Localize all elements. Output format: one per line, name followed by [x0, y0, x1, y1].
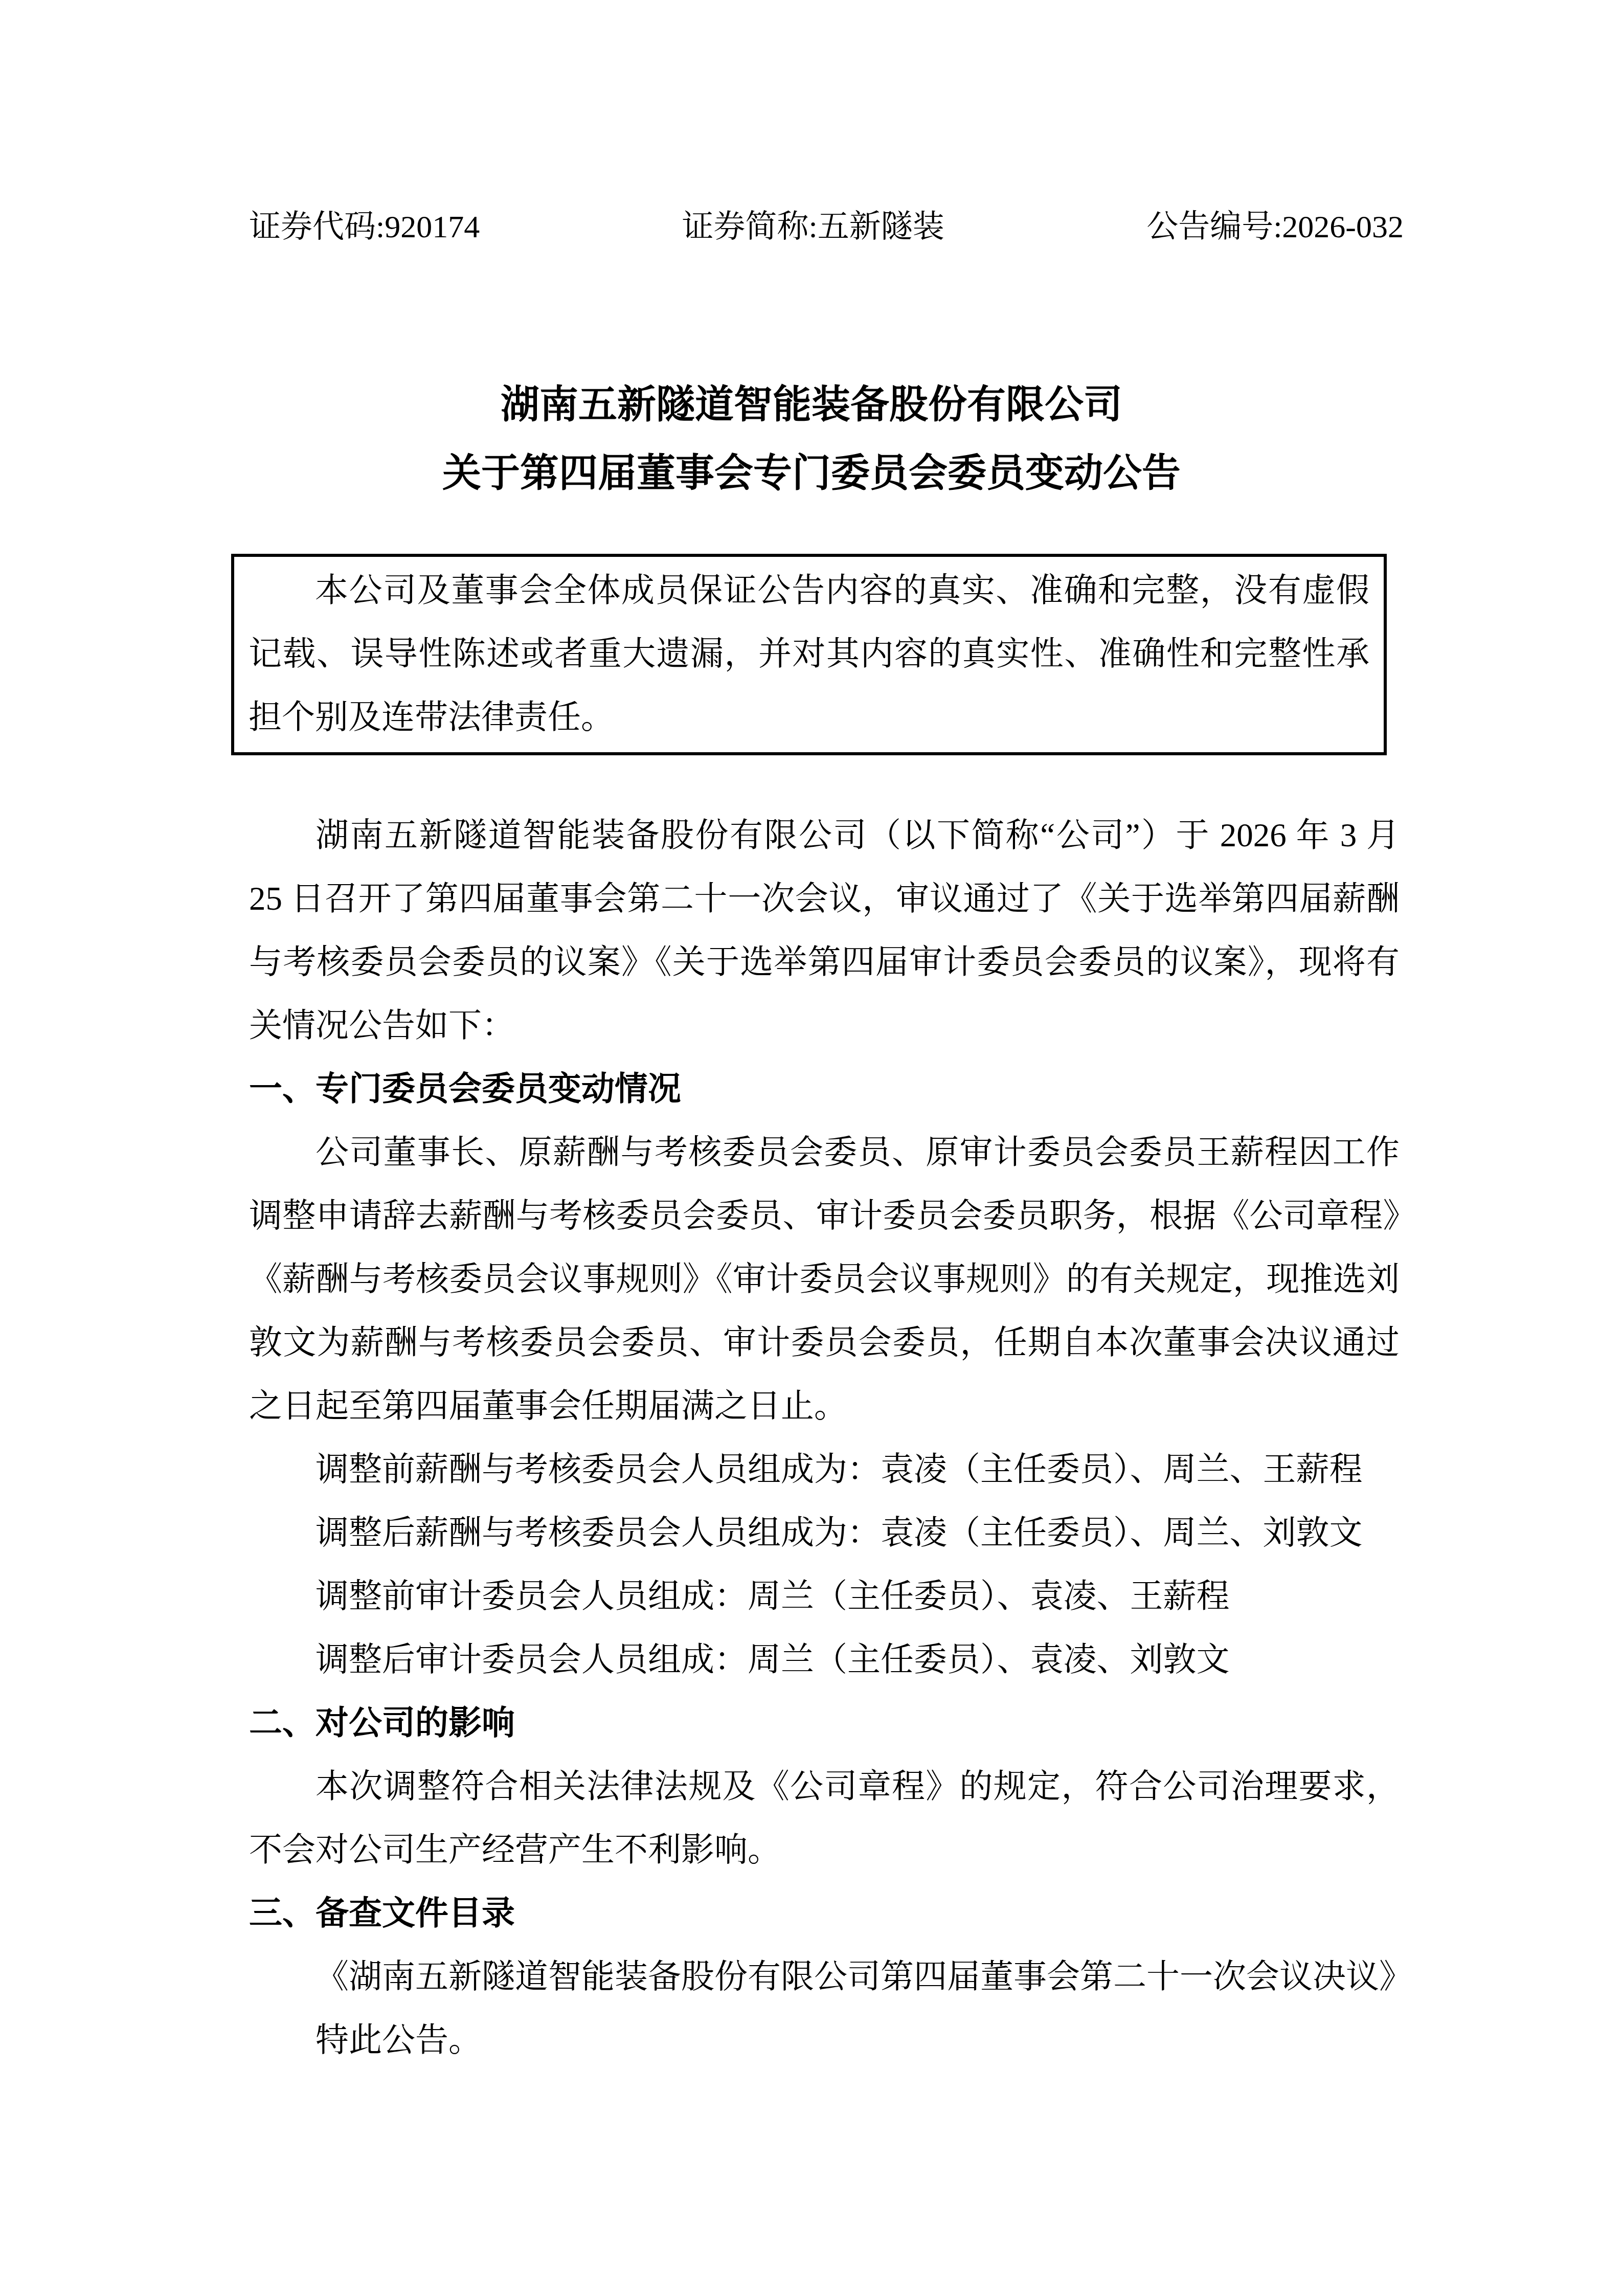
disclaimer-text: 本公司及董事会全体成员保证公告内容的真实、准确和完整，没有虚假记载、误导性陈述或… — [249, 559, 1369, 749]
section-2-heading: 二、对公司的影响 — [249, 1692, 1400, 1755]
company-name-title: 湖南五新隧道智能装备股份有限公司 — [0, 379, 1623, 431]
remuneration-committee-after-line: 调整后薪酬与考核委员会人员组成为：袁凌（主任委员）、周兰、刘敦文 — [249, 1501, 1400, 1565]
announcement-number: 公告编号:2026-032 — [1146, 209, 1404, 245]
document-header: 证券代码:920174 证券简称:五新隧装 公告编号:2026-032 — [249, 209, 1404, 245]
section-3-heading: 三、备查文件目录 — [249, 1882, 1400, 1945]
section-2-paragraph: 本次调整符合相关法律法规及《公司章程》的规定，符合公司治理要求，不会对公司生产经… — [249, 1755, 1400, 1882]
section-1-heading: 一、专门委员会委员变动情况 — [249, 1057, 1400, 1121]
announcement-title: 关于第四届董事会专门委员会委员变动公告 — [0, 448, 1623, 499]
stock-code: 证券代码:920174 — [249, 209, 480, 245]
closing-line: 特此公告。 — [249, 2009, 1400, 2072]
reference-document-line: 《湖南五新隧道智能装备股份有限公司第四届董事会第二十一次会议决议》 — [249, 1945, 1400, 2009]
announcement-body: 湖南五新隧道智能装备股份有限公司（以下简称“公司”）于 2026 年 3 月 2… — [249, 804, 1400, 2072]
intro-paragraph: 湖南五新隧道智能装备股份有限公司（以下简称“公司”）于 2026 年 3 月 2… — [249, 804, 1400, 1057]
audit-committee-before-line: 调整前审计委员会人员组成：周兰（主任委员）、袁凌、王薪程 — [249, 1565, 1400, 1628]
announcement-page: 证券代码:920174 证券简称:五新隧装 公告编号:2026-032 湖南五新… — [0, 0, 1623, 2296]
disclaimer-box: 本公司及董事会全体成员保证公告内容的真实、准确和完整，没有虚假记载、误导性陈述或… — [231, 554, 1387, 755]
stock-abbreviation: 证券简称:五新隧装 — [682, 209, 944, 245]
section-1-paragraph: 公司董事长、原薪酬与考核委员会委员、原审计委员会委员王薪程因工作调整申请辞去薪酬… — [249, 1121, 1400, 1438]
audit-committee-after-line: 调整后审计委员会人员组成：周兰（主任委员）、袁凌、刘敦文 — [249, 1628, 1400, 1692]
remuneration-committee-before-line: 调整前薪酬与考核委员会人员组成为：袁凌（主任委员）、周兰、王薪程 — [249, 1438, 1400, 1501]
